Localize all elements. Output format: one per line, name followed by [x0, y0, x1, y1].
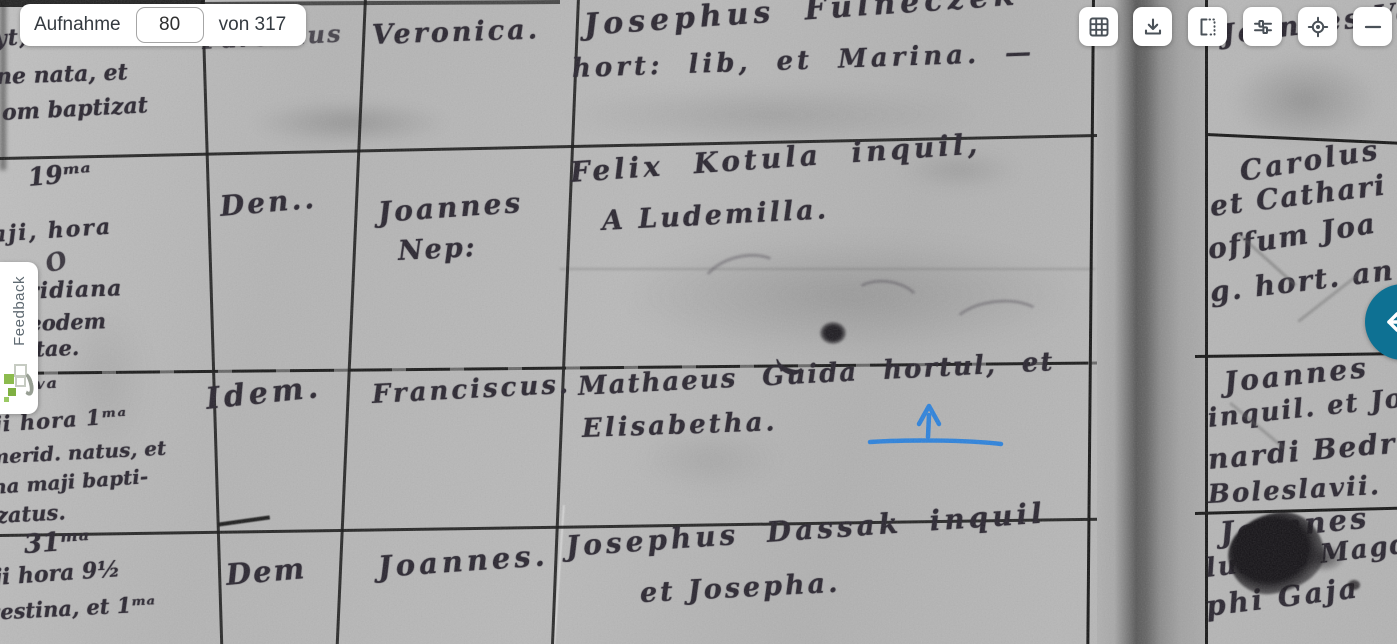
- handwriting-line: Den..: [219, 182, 318, 223]
- sliders-icon: [1251, 15, 1275, 39]
- handwriting-date: 31ᵐᵃ: [23, 525, 91, 560]
- column-line: [201, 0, 223, 644]
- paper-smudge: [1230, 55, 1380, 145]
- faint-rule: [560, 268, 1095, 270]
- handwriting-line: A Ludemilla.: [601, 194, 830, 237]
- ghost-mark: [695, 245, 792, 318]
- page-navigation: Aufnahme von 317: [20, 4, 306, 46]
- handwriting-line: zatus.: [0, 499, 66, 528]
- handwriting-line: Joannes.: [377, 538, 550, 584]
- page-nav-total: von 317: [219, 14, 287, 36]
- feedback-label: Feedback: [11, 276, 28, 346]
- handwriting-line: Nep:: [397, 232, 477, 267]
- download-button[interactable]: [1133, 7, 1172, 46]
- handwriting-line: aji, hora: [0, 214, 113, 248]
- handwriting-line: Franciscus.: [371, 370, 572, 410]
- grid-overview-button[interactable]: [1079, 7, 1118, 46]
- handwriting-date: 19ᵐᵃ: [27, 158, 93, 192]
- column-line: [336, 0, 367, 644]
- handwriting-line: et Josepha.: [639, 568, 841, 609]
- handwriting-line: Josephus Dassak inquil: [565, 497, 1047, 563]
- page-nav-label: Aufnahme: [34, 14, 121, 36]
- split-compare-button[interactable]: [1188, 7, 1227, 46]
- handwriting-line: na maji bapti-: [0, 464, 149, 499]
- crosshair-icon: [1306, 15, 1330, 39]
- document-scan-viewport[interactable]: yt, hora 9— ne nata, et om baptizat Paro…: [0, 0, 1397, 644]
- grid-icon: [1087, 15, 1111, 39]
- feedback-tab[interactable]: Feedback: [0, 262, 38, 414]
- page-number-input[interactable]: [136, 7, 204, 43]
- ghost-mark: [948, 295, 1049, 355]
- handwriting-line: Mathaeus Guida hortul, et: [577, 347, 1055, 402]
- split-view-icon: [1196, 15, 1220, 39]
- ink-dot: [820, 322, 846, 344]
- collapse-panel-icon: [1365, 300, 1397, 344]
- handwriting-line: Josephus Fulneczek: [583, 0, 1021, 43]
- handwriting-line: om baptizat: [1, 92, 148, 126]
- handwriting-line: ji hora 9½: [0, 556, 121, 591]
- handwriting-line: Elisabetha.: [581, 407, 778, 444]
- paper-smudge: [250, 100, 450, 145]
- download-icon: [1141, 15, 1165, 39]
- handwriting-line: ne nata, et: [0, 59, 128, 90]
- ghost-mark: [847, 275, 925, 331]
- minus-icon: [1361, 15, 1385, 39]
- handwriting-line: Joannes: [377, 186, 524, 229]
- handwriting-line: hort: lib, et Marina. —: [571, 38, 1035, 84]
- feedback-logo-icon: [4, 364, 34, 406]
- locate-reset-view-button[interactable]: [1298, 7, 1337, 46]
- handwriting-flourish: O: [42, 245, 70, 278]
- crease-line: [553, 505, 565, 644]
- annotation-arrow: [858, 398, 1008, 450]
- handwriting-line: Dem: [225, 551, 308, 592]
- image-adjustments-button[interactable]: [1243, 7, 1282, 46]
- handwriting-line: Idem.: [204, 370, 323, 417]
- stroke-mark: [218, 515, 270, 526]
- book-gutter: [1097, 0, 1206, 644]
- handwriting-line: nardi Bedr: [1207, 427, 1397, 476]
- handwriting-line: Felix Kotula inquil,: [569, 127, 982, 189]
- handwriting-line: Veronica.: [371, 14, 540, 51]
- left-page-edge-line: [1086, 0, 1095, 644]
- archive-viewer: { "viewer": { "page_nav": { "label": "Au…: [0, 0, 1397, 644]
- zoom-out-button[interactable]: [1353, 7, 1392, 46]
- handwriting-line: vestina, et 1ᵐᵃ: [0, 591, 156, 625]
